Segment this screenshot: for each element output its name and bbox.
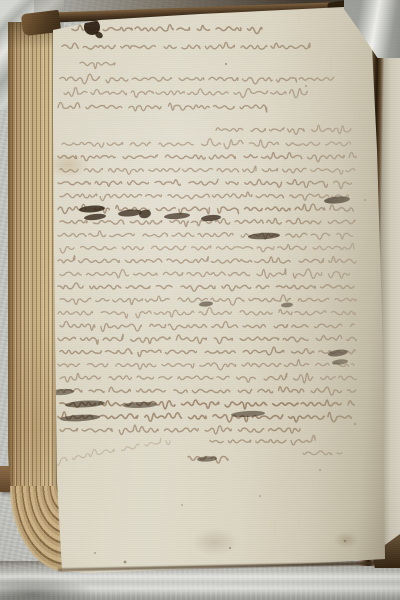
photo-open-manuscript-book (0, 0, 400, 600)
fore-edge-page-stack (8, 22, 58, 565)
handwriting-ink (0, 0, 400, 600)
